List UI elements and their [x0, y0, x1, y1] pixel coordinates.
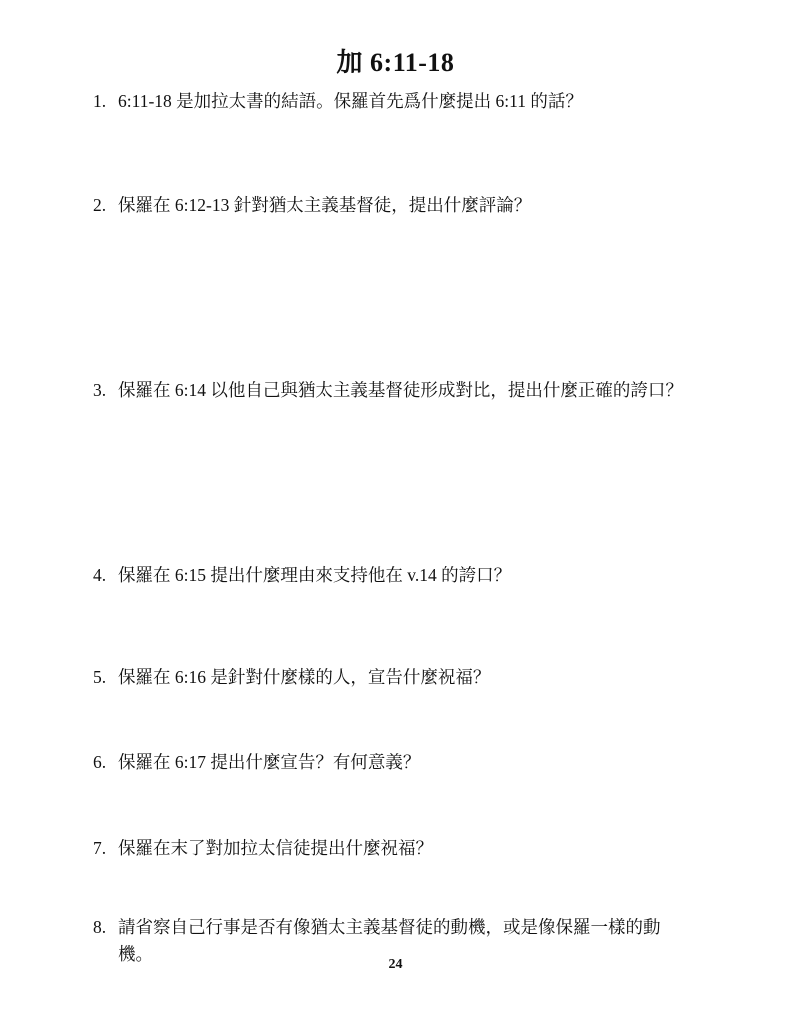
question-item-2: 2. 保羅在 6:12-13 針對猶太主義基督徒，提出什麼評論？ [93, 192, 693, 219]
question-text: 保羅在 6:15 提出什麼理由來支持他在 v.14 的誇口？ [118, 562, 693, 589]
question-text: 保羅在 6:17 提出什麼宣告？有何意義？ [118, 749, 693, 776]
question-text: 保羅在 6:12-13 針對猶太主義基督徒，提出什麼評論？ [118, 192, 693, 219]
question-number: 4. [93, 562, 118, 589]
question-item-1: 1. 6:11-18 是加拉太書的結語。保羅首先爲什麼提出 6:11 的話？ [93, 88, 693, 115]
worksheet-page: 加 6:11-18 1. 6:11-18 是加拉太書的結語。保羅首先爲什麼提出 … [0, 0, 791, 1024]
question-text: 6:11-18 是加拉太書的結語。保羅首先爲什麼提出 6:11 的話？ [118, 88, 693, 115]
question-number: 5. [93, 664, 118, 691]
question-item-4: 4. 保羅在 6:15 提出什麼理由來支持他在 v.14 的誇口？ [93, 562, 693, 589]
question-number: 8. [93, 914, 118, 941]
question-number: 6. [93, 749, 118, 776]
page-title: 加 6:11-18 [0, 42, 791, 79]
question-item-6: 6. 保羅在 6:17 提出什麼宣告？有何意義？ [93, 749, 693, 776]
question-item-3: 3. 保羅在 6:14 以他自己與猶太主義基督徒形成對比，提出什麼正確的誇口？ [93, 377, 693, 404]
question-item-7: 7. 保羅在末了對加拉太信徒提出什麼祝福？ [93, 835, 693, 862]
question-number: 3. [93, 377, 118, 404]
question-number: 1. [93, 88, 118, 115]
question-number: 7. [93, 835, 118, 862]
question-text: 保羅在末了對加拉太信徒提出什麼祝福？ [118, 835, 693, 862]
question-item-5: 5. 保羅在 6:16 是針對什麼樣的人，宣告什麼祝福？ [93, 664, 693, 691]
page-number: 24 [0, 957, 791, 973]
question-text: 保羅在 6:14 以他自己與猶太主義基督徒形成對比，提出什麼正確的誇口？ [118, 377, 693, 404]
question-number: 2. [93, 192, 118, 219]
question-text: 保羅在 6:16 是針對什麼樣的人，宣告什麼祝福？ [118, 664, 693, 691]
